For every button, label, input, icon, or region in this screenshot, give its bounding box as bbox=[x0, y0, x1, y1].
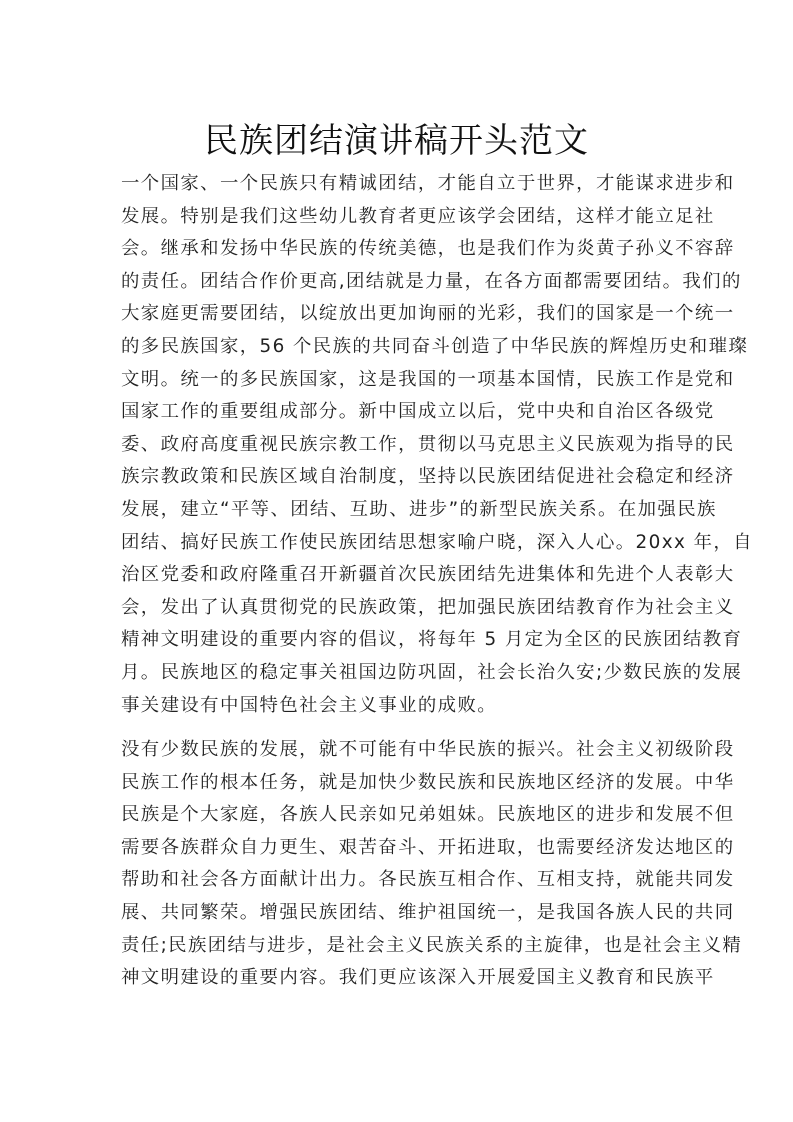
text-line: 的责任。团结合作价更高,团结就是力量，在各方面都需要团结。我们的 bbox=[121, 266, 701, 299]
text-line: 治区党委和政府隆重召开新疆首次民族团结先进集体和先进个人表彰大 bbox=[121, 559, 701, 592]
document-body: 一个国家、一个民族只有精诚团结，才能自立于世界，才能谋求进步和 发展。特别是我们… bbox=[121, 168, 701, 995]
text-line: 大家庭更需要团结，以绽放出更加询丽的光彩，我们的国家是一个统一 bbox=[121, 298, 701, 331]
text-line: 民族工作的根本任务，就是加快少数民族和民族地区经济的发展。中华 bbox=[121, 767, 701, 800]
paragraph-2: 没有少数民族的发展，就不可能有中华民族的振兴。社会主义初级阶段 民族工作的根本任… bbox=[121, 734, 701, 995]
text-line: 需要各族群众自力更生、艰苦奋斗、开拓进取，也需要经济发达地区的 bbox=[121, 832, 701, 865]
text-line: 事关建设有中国特色社会主义事业的成败。 bbox=[121, 690, 701, 723]
document-page: 民族团结演讲稿开头范文 一个国家、一个民族只有精诚团结，才能自立于世界，才能谋求… bbox=[0, 0, 793, 1122]
text-line: 神文明建设的重要内容。我们更应该深入开展爱国主义教育和民族平 bbox=[121, 962, 701, 995]
text-line: 月。民族地区的稳定事关祖国边防巩固，社会长治久安;少数民族的发展 bbox=[121, 657, 701, 690]
text-line: 帮助和社会各方面献计出力。各民族互相合作、互相支持，就能共同发 bbox=[121, 864, 701, 897]
text-line: 会，发出了认真贯彻党的民族政策，把加强民族团结教育作为社会主义 bbox=[121, 592, 701, 625]
text-line: 展、共同繁荣。增强民族团结、维护祖国统一，是我国各族人民的共同 bbox=[121, 897, 701, 930]
document-title: 民族团结演讲稿开头范文 bbox=[0, 119, 793, 163]
text-line: 文明。统一的多民族国家，这是我国的一项基本国情，民族工作是党和 bbox=[121, 364, 701, 397]
text-line: 发展。特别是我们这些幼儿教育者更应该学会团结，这样才能立足社 bbox=[121, 201, 701, 234]
text-line: 的多民族国家，56 个民族的共同奋斗创造了中华民族的辉煌历史和璀璨 bbox=[121, 331, 701, 364]
text-line: 族宗教政策和民族区域自治制度，坚持以民族团结促进社会稳定和经济 bbox=[121, 461, 701, 494]
paragraph-1: 一个国家、一个民族只有精诚团结，才能自立于世界，才能谋求进步和 发展。特别是我们… bbox=[121, 168, 701, 722]
text-line: 团结、搞好民族工作使民族团结思想家喻户晓，深入人心。20xx 年，自 bbox=[121, 527, 701, 560]
text-line: 精神文明建设的重要内容的倡议，将每年 5 月定为全区的民族团结教育 bbox=[121, 624, 701, 657]
text-line: 一个国家、一个民族只有精诚团结，才能自立于世界，才能谋求进步和 bbox=[121, 168, 701, 201]
text-line: 责任;民族团结与进步，是社会主义民族关系的主旋律，也是社会主义精 bbox=[121, 930, 701, 963]
text-line: 国家工作的重要组成部分。新中国成立以后，党中央和自治区各级党 bbox=[121, 396, 701, 429]
text-line: 委、政府高度重视民族宗教工作，贯彻以马克思主义民族观为指导的民 bbox=[121, 429, 701, 462]
text-line: 会。继承和发扬中华民族的传统美德，也是我们作为炎黄子孙义不容辞 bbox=[121, 233, 701, 266]
text-line: 发展，建立“平等、团结、互助、进步”的新型民族关系。在加强民族 bbox=[121, 494, 701, 527]
text-line: 没有少数民族的发展，就不可能有中华民族的振兴。社会主义初级阶段 bbox=[121, 734, 701, 767]
text-line: 民族是个大家庭，各族人民亲如兄弟姐妹。民族地区的进步和发展不但 bbox=[121, 799, 701, 832]
